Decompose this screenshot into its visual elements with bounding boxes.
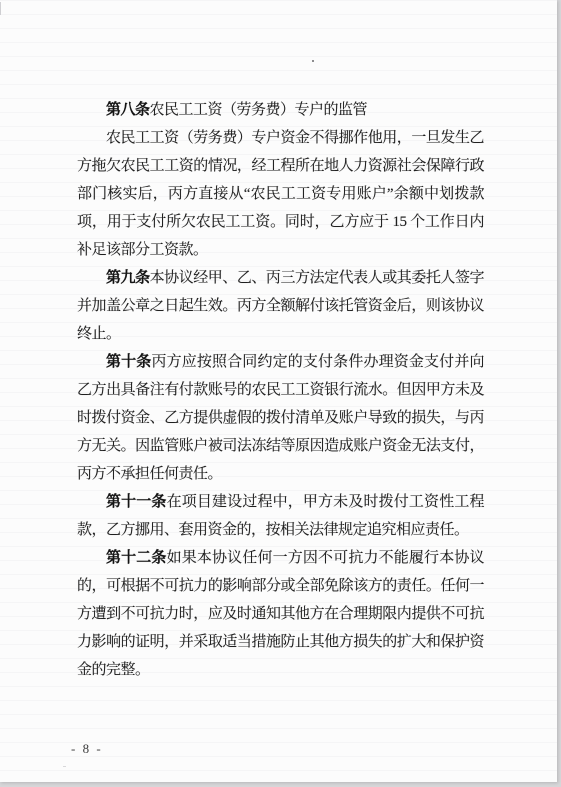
text-line: 时拨付资金、乙方提供虚假的拨付清单及账户导致的损失，与丙	[77, 404, 484, 432]
clause-number: 第十二条	[106, 550, 167, 566]
text-line: 第十条丙方应按照合同约定的支付条件办理资金支付并向	[77, 348, 484, 376]
text-line: 乙方出具备注有付款账号的农民工工资银行流水。但因甲方未及	[77, 376, 484, 404]
text-line: 力影响的证明，并采取适当措施防止其他方损失的扩大和保护资	[77, 628, 484, 656]
text-line: 农民工工资（劳务费）专户资金不得挪作他用，一旦发生乙	[77, 124, 484, 152]
text-line: 丙方不承担任何责任。	[77, 460, 497, 488]
text-line: 补足该部分工资款。	[77, 236, 497, 264]
text-line: 项，用于支付所欠农民工工资。同时，乙方应于 15 个工作日内	[77, 208, 484, 236]
text-line: 方遭到不可抗力时，应及时通知其他方在合理期限内提供不可抗	[77, 600, 484, 628]
text-line: 第十二条如果本协议任何一方因不可抗力不能履行本协议	[77, 544, 484, 572]
text-line: 款，乙方挪用、套用资金的，按相关法律规定追究相应责任。	[77, 516, 497, 544]
clause-number: 第十一条	[106, 494, 167, 510]
page-number: - 8 -	[71, 741, 103, 757]
text-line: 第十一条在项目建设过程中，甲方未及时拨付工资性工程	[77, 488, 484, 516]
scanned-page: 第八条农民工工资（劳务费）专户的监管农民工工资（劳务费）专户资金不得挪作他用，一…	[0, 0, 557, 782]
text-line: 终止。	[77, 320, 497, 348]
document-body: 第八条农民工工资（劳务费）专户的监管农民工工资（劳务费）专户资金不得挪作他用，一…	[77, 96, 497, 684]
text-line: 的，可根据不可抗力的影响部分或全部免除该方的责任。任何一	[77, 572, 484, 600]
text-line: 并加盖公章之日起生效。丙方全额解付该托管资金后，则该协议	[77, 292, 484, 320]
scanned-document-view: { "page": { "colors": { "paper": "#fcfcf…	[0, 0, 561, 787]
clause-number: 第八条	[106, 102, 150, 118]
text-line: 第九条本协议经甲、乙、丙三方法定代表人或其委托人签字	[77, 264, 484, 292]
text-line: 方拖欠农民工工资的情况，经工程所在地人力资源社会保障行政	[77, 152, 484, 180]
text-line: 方无关。因监管账户被司法冻结等原因造成账户资金无法支付，	[77, 432, 484, 460]
text-line: 第八条农民工工资（劳务费）专户的监管	[77, 96, 497, 124]
text-line: 金的完整。	[77, 656, 497, 684]
text-line: 部门核实后，丙方直接从“农民工工资专用账户”余额中划拨款	[77, 180, 484, 208]
clause-number: 第十条	[106, 354, 151, 370]
scan-speck	[63, 766, 66, 767]
scan-edge-artifact	[0, 2, 1, 15]
scan-speck	[312, 60, 314, 62]
clause-number: 第九条	[106, 270, 150, 286]
